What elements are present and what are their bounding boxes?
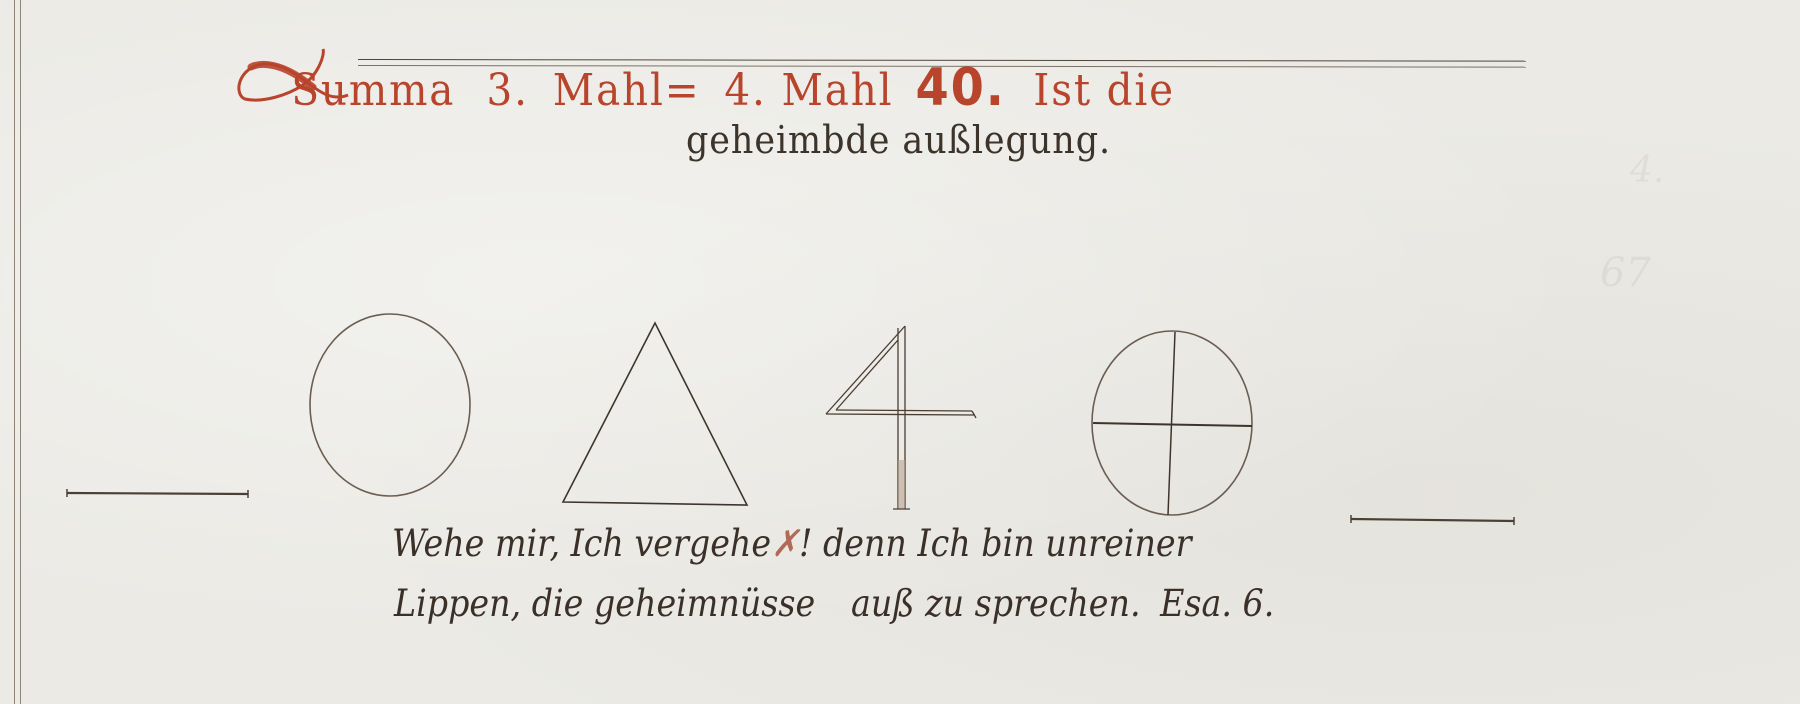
right-dash-line <box>1351 515 1514 525</box>
verse-line-2: Lippen, die geheimnüsse auß zu sprechen.… <box>394 582 1274 625</box>
strike-mark: ✗ <box>771 522 799 565</box>
numeral-four-figure <box>826 326 976 509</box>
verse-text: ! denn Ich bin unreiner <box>799 522 1192 565</box>
scripture-reference: Esa. 6. <box>1160 582 1274 625</box>
circle-figure <box>310 314 470 496</box>
verse-text: auß zu sprechen. <box>851 582 1141 625</box>
manuscript-page: 67 4. Summa 3. Mahl= 4. Mahl 40. Ist die… <box>0 0 1800 704</box>
verse-line-1: Wehe mir, Ich vergehe✗! denn Ich bin unr… <box>392 522 1192 565</box>
left-dash-line <box>67 489 248 498</box>
circle-cross-figure <box>1092 331 1252 515</box>
verse-text: Wehe mir, Ich vergehe <box>392 522 771 565</box>
verse-text: Lippen, die geheimnüsse <box>394 582 815 625</box>
triangle-figure <box>563 323 747 505</box>
